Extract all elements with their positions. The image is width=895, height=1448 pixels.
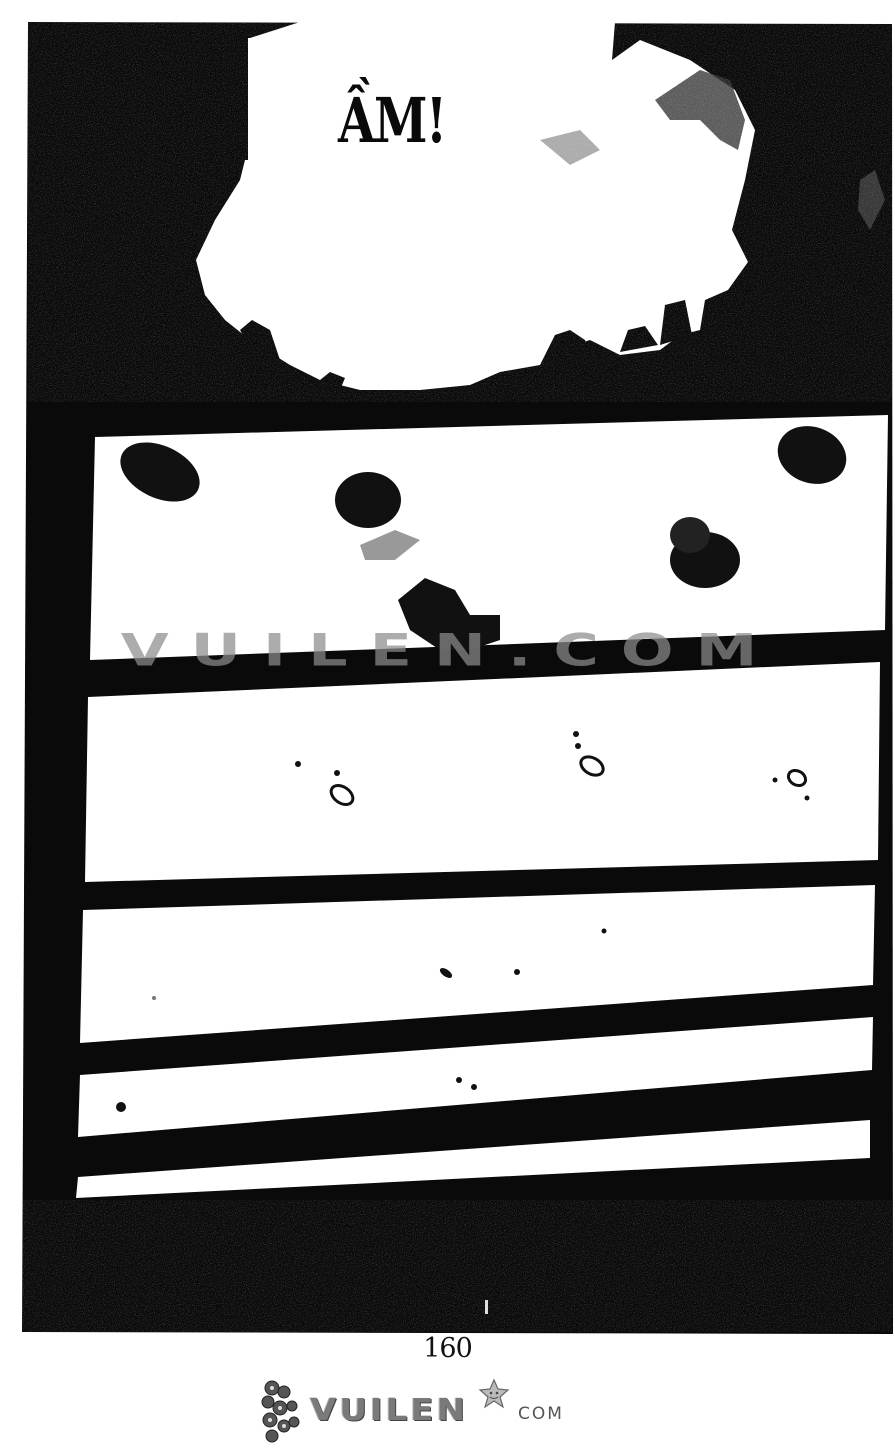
flower-icon — [258, 1378, 308, 1444]
manga-page: ẦM! VUILEN.COM 160 VUILEN COM — [0, 0, 895, 1448]
explosion-panel — [28, 22, 893, 402]
page-number: 160 — [0, 1333, 895, 1364]
star-icon — [478, 1378, 510, 1410]
watermark-text: VUILEN.COM — [40, 628, 860, 673]
small-debris-panel — [85, 662, 880, 882]
site-logo: VUILEN COM — [258, 1378, 598, 1438]
sound-effect-text: ẦM! — [338, 90, 446, 152]
logo-suffix-text: COM — [518, 1404, 564, 1424]
page-artwork — [0, 0, 895, 1448]
logo-brand-text: VUILEN — [310, 1392, 468, 1428]
